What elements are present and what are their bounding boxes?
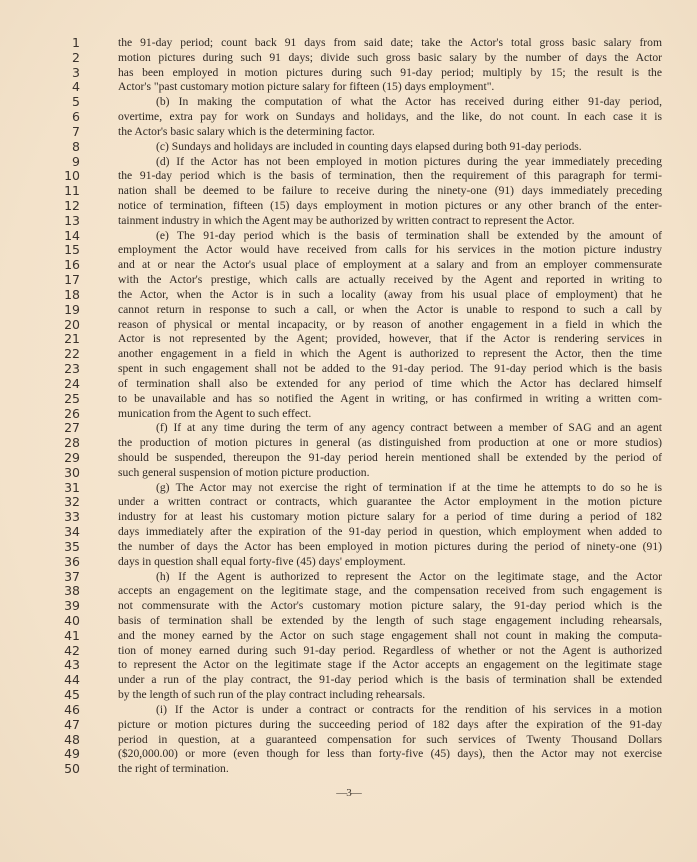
document-line: 18the Actor, when the Actor is in such a… [0, 287, 697, 302]
document-line: 6overtime, extra pay for work on Sundays… [0, 109, 697, 124]
line-text: and the money earned by the Actor on suc… [118, 628, 662, 643]
line-number: 18 [50, 287, 80, 302]
line-text: the number of days the Actor has been em… [118, 539, 662, 554]
document-line: 1the 91-day period; count back 91 days f… [0, 35, 697, 50]
line-text: industry for at least his customary moti… [118, 509, 662, 524]
line-number: 13 [50, 213, 80, 228]
line-text: of termination shall also be extended fo… [118, 376, 662, 391]
document-line: 19cannot return in response to such a ca… [0, 302, 697, 317]
line-text: and at or near the Actor's usual place o… [118, 257, 662, 272]
line-number: 5 [50, 94, 80, 109]
document-line: 14(e) The 91-day period which is the bas… [0, 228, 697, 243]
line-text: to be unavailable and has so notified th… [118, 391, 662, 406]
line-number: 34 [50, 524, 80, 539]
document-line: 27(f) If at any time during the term of … [0, 420, 697, 435]
document-line: 41and the money earned by the Actor on s… [0, 628, 697, 643]
document-line: 9(d) If the Actor has not been employed … [0, 154, 697, 169]
line-number: 40 [50, 613, 80, 628]
line-text: period in question, at a guaranteed comp… [118, 732, 662, 747]
document-line: 34days immediately after the expiration … [0, 524, 697, 539]
line-number: 3 [50, 65, 80, 80]
line-text: another engagement in a field in which t… [118, 346, 662, 361]
line-text: ($20,000.00) or more (even though for le… [118, 746, 662, 761]
line-text: (f) If at any time during the term of an… [156, 420, 662, 435]
document-line: 31(g) The Actor may not exercise the rig… [0, 480, 697, 495]
line-text: the right of termination. [118, 761, 662, 776]
line-number: 44 [50, 672, 80, 687]
line-text: should be suspended, thereupon the 91-da… [118, 450, 662, 465]
line-text: accepts an engagement on the legitimate … [118, 583, 662, 598]
line-text: tainment industry in which the Agent may… [118, 213, 662, 228]
line-text: under a run of the play contract, the 91… [118, 672, 662, 687]
line-number: 30 [50, 465, 80, 480]
line-number: 45 [50, 687, 80, 702]
line-number: 16 [50, 257, 80, 272]
document-line: 26munication from the Agent to such effe… [0, 406, 697, 421]
document-line: 10the 91-day period which is the basis o… [0, 168, 697, 183]
document-line: 4Actor's "past customary motion picture … [0, 79, 697, 94]
line-number: 14 [50, 228, 80, 243]
document-line: 3has been employed in motion pictures du… [0, 65, 697, 80]
line-number: 8 [50, 139, 80, 154]
document-line: 45by the length of such run of the play … [0, 687, 697, 702]
line-text: such general suspension of motion pictur… [118, 465, 662, 480]
line-number: 43 [50, 657, 80, 672]
line-number: 2 [50, 50, 80, 65]
document-line: 11nation shall be deemed to be failure t… [0, 183, 697, 198]
document-line: 24of termination shall also be extended … [0, 376, 697, 391]
line-number: 10 [50, 168, 80, 183]
document-line: 28the production of motion pictures in g… [0, 435, 697, 450]
page-number: —3— [0, 787, 697, 799]
document-line: 32under a written contract or contracts,… [0, 494, 697, 509]
line-number: 48 [50, 732, 80, 747]
line-number: 31 [50, 480, 80, 495]
line-number: 25 [50, 391, 80, 406]
document-line: 29should be suspended, thereupon the 91-… [0, 450, 697, 465]
document-line: 16and at or near the Actor's usual place… [0, 257, 697, 272]
document-line: 43to represent the Actor on the legitima… [0, 657, 697, 672]
line-number: 17 [50, 272, 80, 287]
document-line: 5(b) In making the computation of what t… [0, 94, 697, 109]
line-number: 22 [50, 346, 80, 361]
line-text: notice of termination, fifteen (15) days… [118, 198, 662, 213]
line-text: munication from the Agent to such effect… [118, 406, 662, 421]
document-line: 44under a run of the play contract, the … [0, 672, 697, 687]
line-number: 47 [50, 717, 80, 732]
document-line: 37(h) If the Agent is authorized to repr… [0, 569, 697, 584]
line-number: 42 [50, 643, 80, 658]
line-number: 50 [50, 761, 80, 776]
line-text: the 91-day period; count back 91 days fr… [118, 35, 662, 50]
line-number: 29 [50, 450, 80, 465]
document-line: 40basis of termination shall be extended… [0, 613, 697, 628]
document-line: 7the Actor's basic salary which is the d… [0, 124, 697, 139]
document-line: 39not commensurate with the Actor's cust… [0, 598, 697, 613]
document-line: 35the number of days the Actor has been … [0, 539, 697, 554]
line-text: basis of termination shall be extended b… [118, 613, 662, 628]
line-text: (g) The Actor may not exercise the right… [156, 480, 662, 495]
document-line: 17with the Actor's prestige, which calls… [0, 272, 697, 287]
line-number: 24 [50, 376, 80, 391]
line-text: with the Actor's prestige, which calls a… [118, 272, 662, 287]
line-number: 37 [50, 569, 80, 584]
document-line: 22another engagement in a field in which… [0, 346, 697, 361]
document-line: 33industry for at least his customary mo… [0, 509, 697, 524]
document-line: 42tion of money earned during such 91-da… [0, 643, 697, 658]
line-number: 9 [50, 154, 80, 169]
line-number: 27 [50, 420, 80, 435]
line-number: 12 [50, 198, 80, 213]
document-line: 25to be unavailable and has so notified … [0, 391, 697, 406]
line-number: 41 [50, 628, 80, 643]
line-number: 6 [50, 109, 80, 124]
line-text: (b) In making the computation of what th… [156, 94, 662, 109]
line-text: days immediately after the expiration of… [118, 524, 662, 539]
line-text: motion pictures during such 91 days; div… [118, 50, 662, 65]
line-number: 26 [50, 406, 80, 421]
document-line: 21Actor is not represented by the Agent;… [0, 331, 697, 346]
line-number: 7 [50, 124, 80, 139]
line-text: Actor's "past customary motion picture s… [118, 79, 662, 94]
line-number: 39 [50, 598, 80, 613]
document-line: 30such general suspension of motion pict… [0, 465, 697, 480]
line-text: (h) If the Agent is authorized to repres… [156, 569, 662, 584]
document-line: 50the right of termination. [0, 761, 697, 776]
line-text: the Actor's basic salary which is the de… [118, 124, 662, 139]
line-number: 4 [50, 79, 80, 94]
line-text: by the length of such run of the play co… [118, 687, 662, 702]
line-text: (d) If the Actor has not been employed i… [156, 154, 662, 169]
line-text: reason of physical or mental incapacity,… [118, 317, 662, 332]
document-line: 47picture or motion pictures during the … [0, 717, 697, 732]
line-text: (e) The 91-day period which is the basis… [156, 228, 662, 243]
line-text: the production of motion pictures in gen… [118, 435, 662, 450]
line-text: the 91-day period which is the basis of … [118, 168, 662, 183]
line-number: 15 [50, 242, 80, 257]
document-page: 1the 91-day period; count back 91 days f… [0, 0, 697, 862]
document-line: 12notice of termination, fifteen (15) da… [0, 198, 697, 213]
document-line: 23spent in such engagement shall not be … [0, 361, 697, 376]
line-number: 21 [50, 331, 80, 346]
line-text: not commensurate with the Actor's custom… [118, 598, 662, 613]
line-number: 20 [50, 317, 80, 332]
document-line: 38accepts an engagement on the legitimat… [0, 583, 697, 598]
document-line: 8(c) Sundays and holidays are included i… [0, 139, 697, 154]
line-number: 32 [50, 494, 80, 509]
line-text: (c) Sundays and holidays are included in… [156, 139, 662, 154]
line-number: 49 [50, 746, 80, 761]
line-text: Actor is not represented by the Agent; p… [118, 331, 662, 346]
line-number: 46 [50, 702, 80, 717]
document-line: 13tainment industry in which the Agent m… [0, 213, 697, 228]
line-number: 19 [50, 302, 80, 317]
document-line: 36days in question shall equal forty-fiv… [0, 554, 697, 569]
line-number: 23 [50, 361, 80, 376]
document-line: 15employment the Actor would have receiv… [0, 242, 697, 257]
document-line: 48period in question, at a guaranteed co… [0, 732, 697, 747]
line-text: employment the Actor would have received… [118, 242, 662, 257]
document-line: 20reason of physical or mental incapacit… [0, 317, 697, 332]
line-text: picture or motion pictures during the su… [118, 717, 662, 732]
line-text: (i) If the Actor is under a contract or … [156, 702, 662, 717]
document-line: 2motion pictures during such 91 days; di… [0, 50, 697, 65]
line-number: 36 [50, 554, 80, 569]
line-text: tion of money earned during such 91-day … [118, 643, 662, 658]
document-line: 46(i) If the Actor is under a contract o… [0, 702, 697, 717]
line-text: spent in such engagement shall not be ad… [118, 361, 662, 376]
line-text: days in question shall equal forty-five … [118, 554, 662, 569]
line-text: to represent the Actor on the legitimate… [118, 657, 662, 672]
line-text: overtime, extra pay for work on Sundays … [118, 109, 662, 124]
line-number: 33 [50, 509, 80, 524]
line-number: 38 [50, 583, 80, 598]
line-text: the Actor, when the Actor is in such a l… [118, 287, 662, 302]
line-number: 1 [50, 35, 80, 50]
line-text: nation shall be deemed to be failure to … [118, 183, 662, 198]
line-text: has been employed in motion pictures dur… [118, 65, 662, 80]
line-text: under a written contract or contracts, w… [118, 494, 662, 509]
line-number: 28 [50, 435, 80, 450]
line-text: cannot return in response to such a call… [118, 302, 662, 317]
document-line: 49($20,000.00) or more (even though for … [0, 746, 697, 761]
line-number: 11 [50, 183, 80, 198]
line-number: 35 [50, 539, 80, 554]
